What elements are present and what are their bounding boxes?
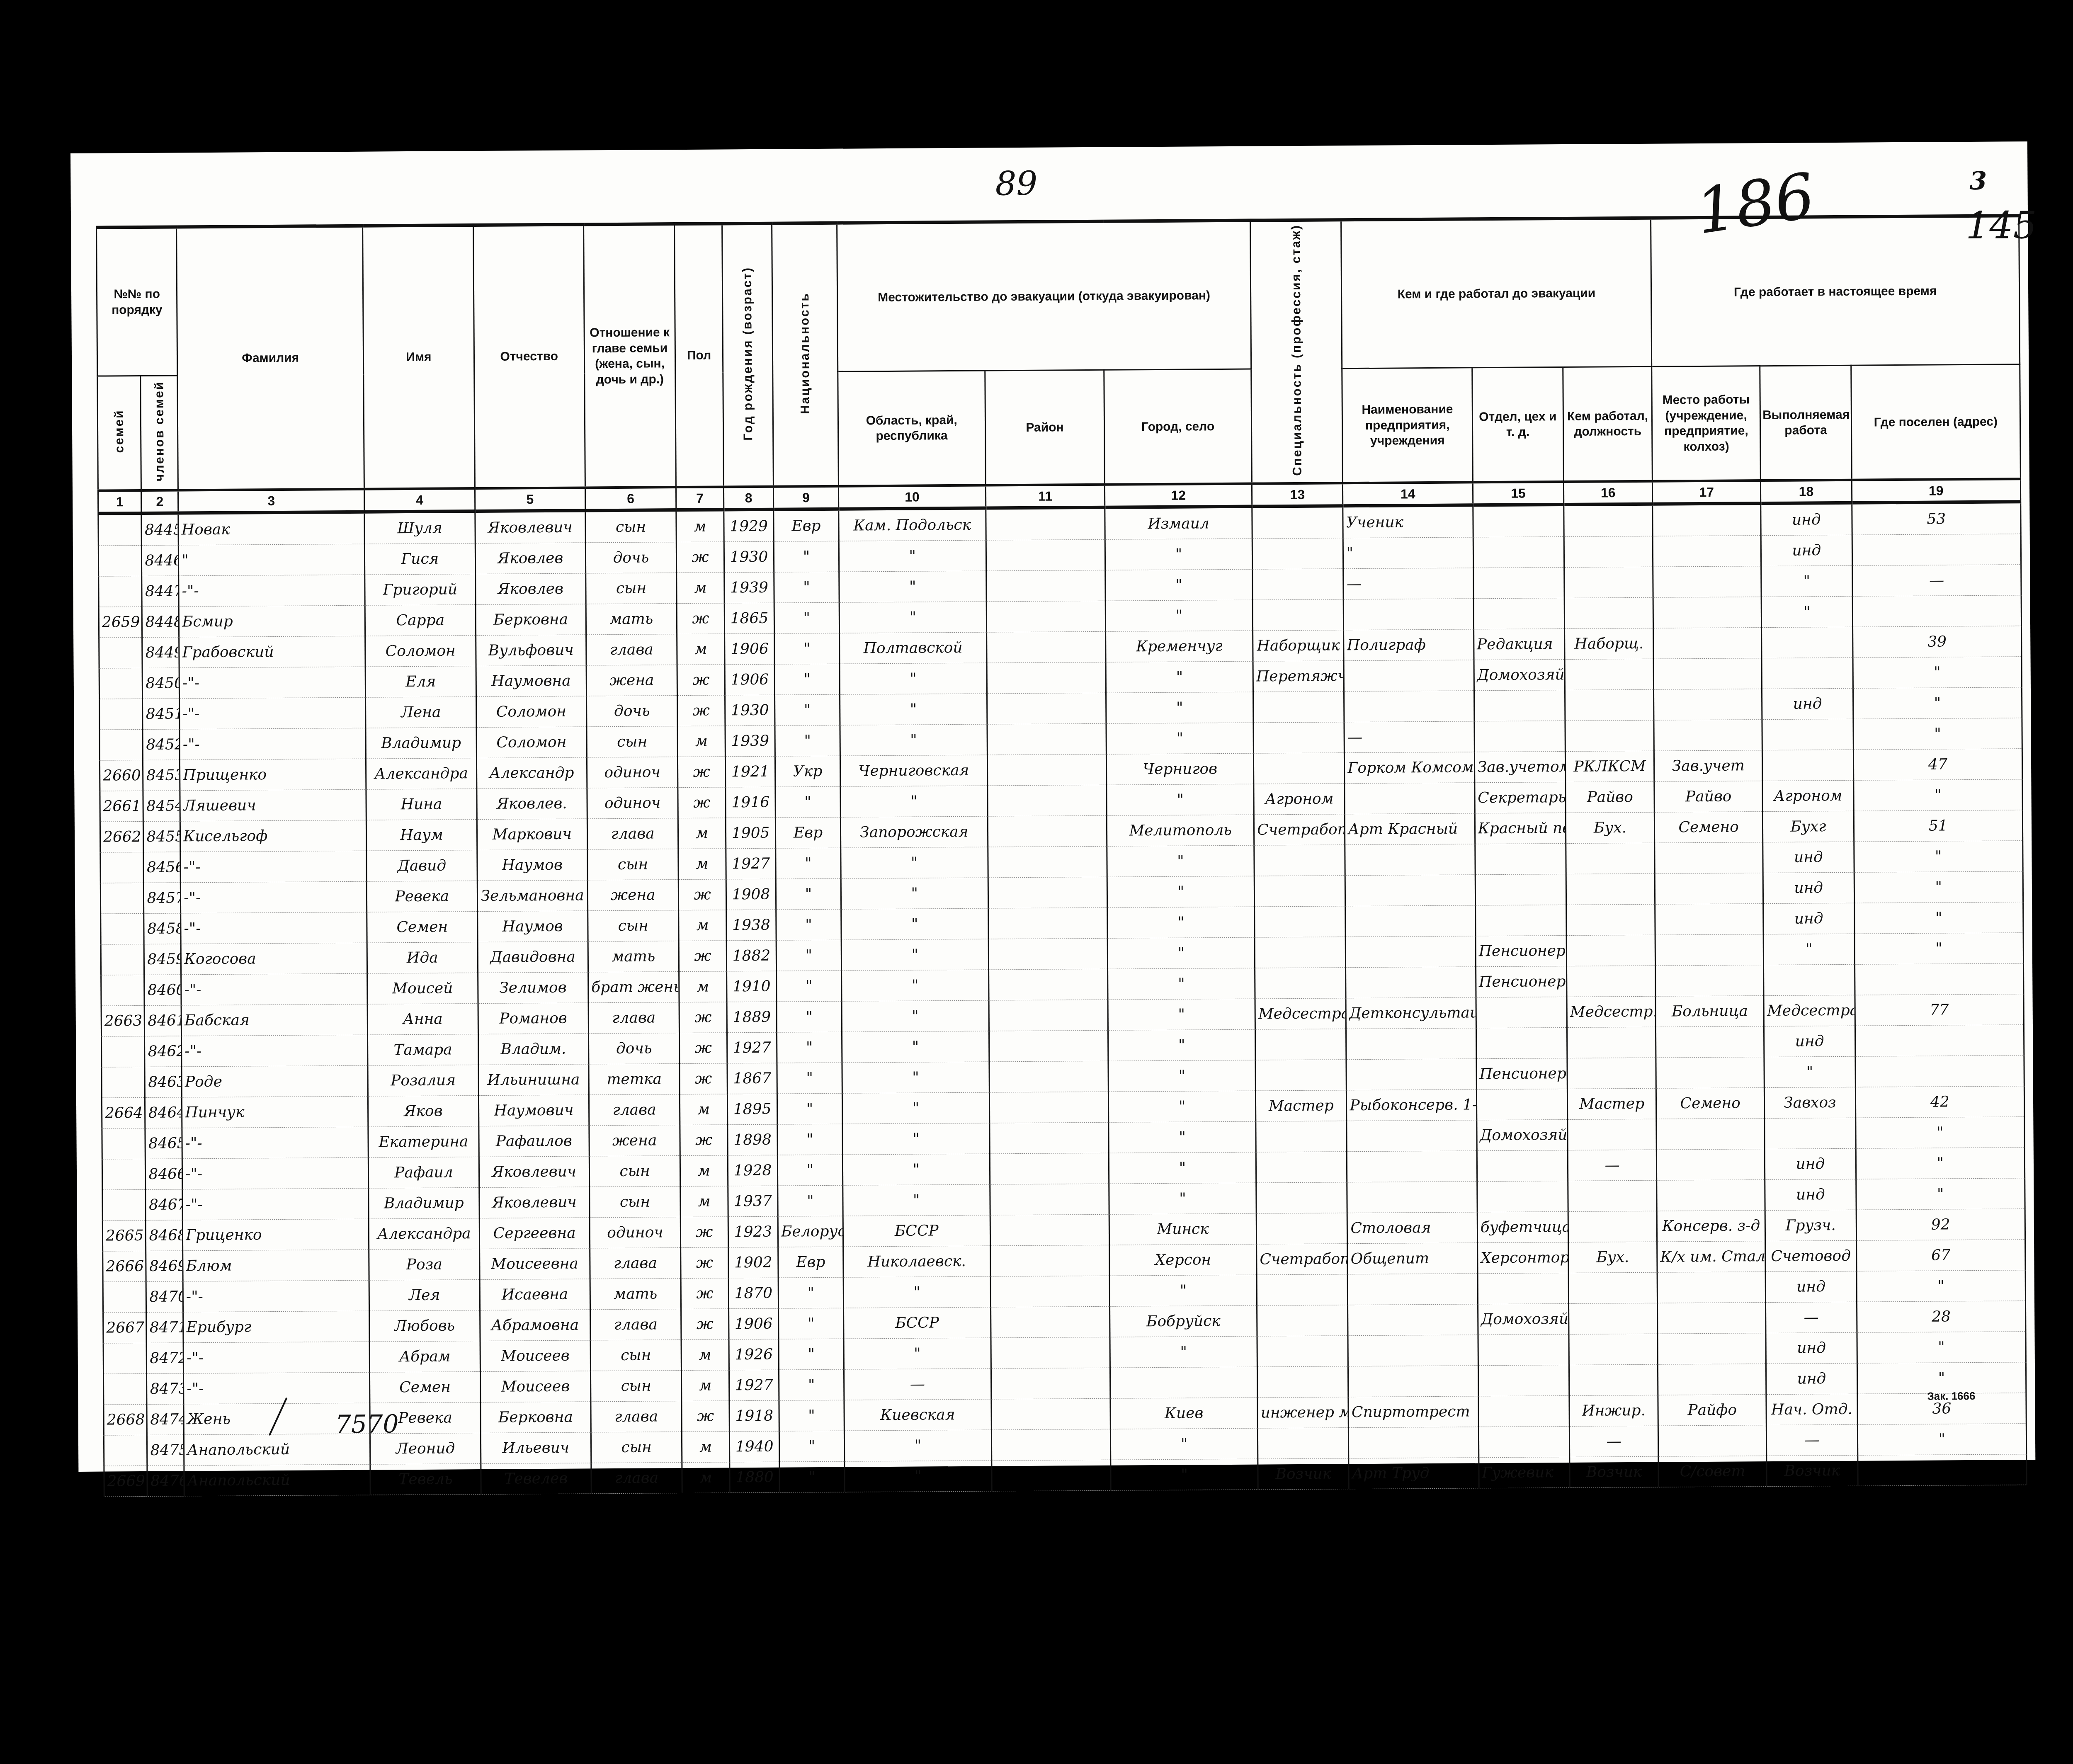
cell-department: Красный пв. xyxy=(1475,813,1566,844)
cell-family-number: 2669 xyxy=(104,1466,148,1497)
cell-current-workplace xyxy=(1656,1119,1765,1150)
cell-current-workplace xyxy=(1656,1149,1765,1181)
register-rows: 8445НовакШуляЯковлевичсынм1929ЕврКам. По… xyxy=(98,502,2027,1497)
cell-speciality xyxy=(1257,1366,1349,1398)
cell-district xyxy=(989,1000,1108,1031)
cell-sex: ж xyxy=(680,1125,728,1156)
cell-member-number: 8465 xyxy=(145,1128,182,1159)
cell-region: Кам. Подольск xyxy=(839,508,986,541)
cell-nationality: " xyxy=(778,1278,843,1309)
cell-surname: -"- xyxy=(179,667,366,699)
header-member-no: членов семей xyxy=(141,376,178,490)
cell-sex: ж xyxy=(680,1217,728,1248)
header-region: Область, край, республика xyxy=(838,371,986,487)
cell-department xyxy=(1473,537,1564,568)
cell-family-number xyxy=(102,1190,146,1221)
cell-speciality xyxy=(1254,876,1345,907)
cell-surname: -"- xyxy=(182,1035,368,1067)
cell-department xyxy=(1477,1150,1568,1182)
cell-birth-year: 1939 xyxy=(725,726,775,757)
cell-current-job: — xyxy=(1766,1302,1857,1333)
cell-speciality xyxy=(1255,968,1346,999)
header-speciality: Специальность (профессия, стаж) xyxy=(1250,220,1343,484)
cell-family-number: 2668 xyxy=(104,1405,147,1436)
cell-district xyxy=(991,1337,1110,1369)
cell-region: " xyxy=(840,786,988,817)
cell-city: Кременчуг xyxy=(1106,631,1253,662)
header-address: Где поселен (адрес) xyxy=(1851,364,2020,480)
cell-nationality: " xyxy=(776,879,841,910)
cell-speciality: Перетяжч. xyxy=(1253,661,1344,692)
cell-speciality xyxy=(1257,1305,1348,1336)
cell-relation: сын xyxy=(587,726,678,757)
cell-first-name: Владимир xyxy=(369,1188,479,1219)
cell-sex: м xyxy=(682,1432,730,1463)
cell-region: Киевская xyxy=(844,1399,992,1431)
cell-city: " xyxy=(1107,907,1255,939)
cell-sex: м xyxy=(679,910,726,941)
cell-relation: сын xyxy=(590,1371,682,1402)
cell-address: 53 xyxy=(1852,502,2021,535)
cell-patronymic: Яковлев. xyxy=(476,788,587,820)
cell-sex: м xyxy=(680,1186,728,1217)
cell-birth-year: 1902 xyxy=(728,1247,779,1279)
cell-member-number: 8456 xyxy=(143,852,180,883)
print-order-mark: Зак. 1666 xyxy=(1927,1390,1975,1403)
cell-region: " xyxy=(841,970,989,1001)
cell-position xyxy=(1567,1058,1656,1089)
col-num: 19 xyxy=(1852,479,2021,503)
cell-address: 92 xyxy=(1856,1209,2025,1240)
cell-first-name: Наум xyxy=(367,820,477,851)
cell-org-name: Спиртотрест xyxy=(1348,1396,1478,1428)
cell-relation: брат жены xyxy=(588,972,679,1003)
cell-current-job: " xyxy=(1761,597,1852,628)
cell-region: " xyxy=(842,1031,989,1063)
cell-district xyxy=(987,693,1106,725)
cell-speciality: Мастер xyxy=(1255,1090,1347,1121)
cell-family-number: 2664 xyxy=(102,1098,145,1129)
cell-speciality xyxy=(1255,1060,1347,1091)
cell-relation: сын xyxy=(590,1340,682,1371)
cell-current-job xyxy=(1762,627,1853,658)
cell-family-number: 2659 xyxy=(99,607,142,638)
cell-current-workplace xyxy=(1655,965,1764,997)
cell-position: Бух. xyxy=(1566,813,1655,844)
cell-family-number: 2663 xyxy=(101,1006,145,1037)
cell-current-job xyxy=(1762,719,1853,750)
cell-member-number: 8476 xyxy=(147,1466,184,1497)
cell-speciality xyxy=(1254,845,1345,876)
cell-first-name: Ида xyxy=(367,942,478,974)
cell-relation: глава xyxy=(588,1002,680,1034)
cell-member-number: 8464 xyxy=(145,1097,182,1128)
cell-org-name: Горком Комсомол xyxy=(1345,752,1475,784)
cell-address xyxy=(1852,595,2022,627)
cell-member-number: 8446 xyxy=(142,545,179,576)
cell-current-workplace xyxy=(1655,934,1764,966)
cell-speciality xyxy=(1257,1428,1349,1459)
cell-address: 51 xyxy=(1854,810,2023,842)
cell-sex: м xyxy=(676,510,724,542)
cell-region: " xyxy=(842,1062,990,1093)
cell-current-workplace: Райво xyxy=(1654,781,1763,813)
cell-region: " xyxy=(840,694,987,725)
cell-speciality xyxy=(1252,506,1343,539)
header-residence-group: Местожительство до эвакуации (откуда эва… xyxy=(837,221,1251,372)
cell-relation: дочь xyxy=(586,696,677,727)
cell-address: 42 xyxy=(1855,1086,2024,1118)
cell-region: — xyxy=(844,1368,991,1400)
cell-region: " xyxy=(845,1461,992,1492)
cell-speciality: Агроном xyxy=(1254,784,1345,815)
cell-member-number: 8468 xyxy=(146,1220,183,1251)
cell-position xyxy=(1568,1273,1658,1304)
cell-city: " xyxy=(1109,1122,1256,1153)
cell-department: Пенсионерка xyxy=(1476,1058,1568,1089)
cell-birth-year: 1923 xyxy=(728,1217,778,1248)
cell-member-number: 8455 xyxy=(143,821,180,852)
cell-org-name xyxy=(1349,1427,1479,1458)
cell-department xyxy=(1478,1273,1569,1304)
cell-member-number: 8451 xyxy=(143,699,180,730)
cell-city: " xyxy=(1105,600,1253,632)
cell-sex: м xyxy=(678,849,726,880)
cell-region: " xyxy=(844,1338,991,1369)
cell-current-job: инд xyxy=(1766,1333,1857,1364)
cell-nationality: " xyxy=(774,603,839,634)
cell-patronymic: Яковлевич xyxy=(479,1156,590,1188)
cell-sex: ж xyxy=(679,941,726,972)
cell-district xyxy=(989,1092,1109,1123)
cell-birth-year: 1918 xyxy=(729,1401,779,1432)
header-district: Район xyxy=(985,370,1105,485)
cell-speciality xyxy=(1257,1336,1348,1367)
cell-current-workplace: Семено xyxy=(1656,1088,1765,1119)
cell-birth-year: 1939 xyxy=(724,573,774,604)
cell-address xyxy=(1852,534,2021,565)
cell-family-number: 2667 xyxy=(103,1313,147,1344)
header-work-before-group: Кем и где работал до эвакуации xyxy=(1341,218,1652,369)
cell-member-number: 8453 xyxy=(143,760,180,791)
cell-nationality: " xyxy=(777,1032,842,1063)
cell-relation: сын xyxy=(591,1432,682,1463)
cell-current-job: инд xyxy=(1765,1179,1856,1211)
cell-current-job: Агроном xyxy=(1762,781,1854,812)
cell-nationality: " xyxy=(779,1308,844,1339)
cell-city: " xyxy=(1108,968,1255,1000)
cell-district xyxy=(989,1061,1109,1093)
cell-current-job xyxy=(1764,965,1855,996)
cell-member-number: 8467 xyxy=(146,1189,182,1220)
cell-surname: -"- xyxy=(180,698,366,730)
cell-district xyxy=(990,1123,1109,1154)
cell-current-workplace: С/совет xyxy=(1658,1456,1767,1487)
cell-family-number xyxy=(103,1282,146,1313)
cell-department xyxy=(1475,844,1566,875)
cell-district xyxy=(990,1215,1109,1246)
cell-city: " xyxy=(1110,1337,1257,1368)
cell-current-workplace xyxy=(1654,720,1762,751)
col-num: 7 xyxy=(676,487,724,510)
cell-birth-year: 1927 xyxy=(726,849,776,880)
cell-department: буфетчица xyxy=(1477,1212,1568,1243)
cell-current-job: Нач. Отд. xyxy=(1766,1394,1857,1425)
cell-first-name: Любовь xyxy=(369,1310,480,1342)
col-num: 10 xyxy=(838,485,986,509)
cell-family-number xyxy=(99,638,143,669)
cell-current-workplace xyxy=(1658,1333,1766,1365)
cell-position: — xyxy=(1569,1426,1658,1457)
cell-department: Домохозяйка xyxy=(1477,1120,1568,1151)
cell-current-workplace xyxy=(1655,842,1763,874)
cell-region: " xyxy=(841,908,988,940)
header-surname: Фамилия xyxy=(177,226,364,490)
cell-department: Пенсионер xyxy=(1476,966,1567,997)
cell-position xyxy=(1569,1334,1658,1365)
cell-district xyxy=(988,847,1107,878)
col-num: 9 xyxy=(774,486,839,510)
cell-member-number: 8463 xyxy=(145,1067,182,1098)
cell-birth-year: 1938 xyxy=(726,910,777,941)
cell-current-workplace xyxy=(1655,873,1763,905)
cell-nationality: " xyxy=(778,1186,843,1217)
cell-district xyxy=(990,1245,1109,1277)
header-order-numbers: №№ по порядку xyxy=(97,227,177,376)
cell-surname: -"- xyxy=(184,1373,370,1405)
col-num: 18 xyxy=(1761,480,1852,503)
cell-speciality xyxy=(1253,692,1345,723)
cell-nationality: " xyxy=(776,940,841,971)
cell-first-name: Семен xyxy=(370,1372,481,1403)
cell-patronymic: Соломон xyxy=(476,696,587,728)
cell-department: Домохозяйка xyxy=(1474,660,1565,691)
cell-district xyxy=(987,724,1107,755)
cell-current-job: " xyxy=(1764,1057,1855,1088)
cell-district xyxy=(986,507,1105,540)
cell-current-workplace xyxy=(1657,1180,1765,1211)
cell-nationality: " xyxy=(777,971,842,1002)
cell-surname: -"- xyxy=(181,912,367,944)
cell-first-name: Моисей xyxy=(367,973,478,1005)
cell-first-name: Яков xyxy=(368,1096,479,1127)
cell-city: Минск xyxy=(1109,1214,1257,1245)
cell-sex: м xyxy=(679,971,727,1002)
cell-city: " xyxy=(1107,784,1254,816)
cell-position: Инжир. xyxy=(1569,1395,1658,1427)
cell-relation: одиноч xyxy=(587,788,678,819)
cell-relation: сын xyxy=(586,573,677,604)
cell-nationality: " xyxy=(777,1002,842,1033)
cell-sex: ж xyxy=(677,695,725,726)
cell-address: " xyxy=(1856,1148,2025,1179)
cell-family-number: 2666 xyxy=(103,1251,146,1282)
cell-district xyxy=(988,877,1107,909)
cell-patronymic: Тевелев xyxy=(481,1463,591,1495)
cell-patronymic: Вульфович xyxy=(476,635,586,666)
cell-current-workplace xyxy=(1654,689,1762,721)
cell-city: Херсон xyxy=(1109,1245,1257,1276)
cell-org-name: — xyxy=(1343,568,1473,599)
col-num: 16 xyxy=(1563,481,1652,505)
cell-region: Николаевск. xyxy=(843,1246,990,1277)
cell-district xyxy=(990,1307,1110,1338)
cell-city: " xyxy=(1107,846,1255,877)
cell-address: " xyxy=(1857,1332,2026,1363)
cell-nationality: Евр xyxy=(774,509,839,541)
cell-nationality: Белорус xyxy=(778,1216,843,1247)
cell-family-number xyxy=(101,914,144,945)
cell-birth-year: 1910 xyxy=(727,971,777,1002)
header-name: Имя xyxy=(363,225,475,489)
cell-surname: Прищенко xyxy=(180,759,367,791)
cell-city: " xyxy=(1108,999,1255,1031)
cell-department xyxy=(1478,1427,1570,1458)
cell-city: Бобруйск xyxy=(1110,1306,1257,1337)
col-num: 14 xyxy=(1343,483,1473,506)
cell-nationality: " xyxy=(776,848,841,879)
cell-position xyxy=(1568,1211,1657,1242)
cell-birth-year: 1929 xyxy=(724,510,774,542)
cell-member-number: 8460 xyxy=(144,975,181,1006)
cell-nationality: " xyxy=(779,1339,844,1370)
cell-address: 47 xyxy=(1853,749,2022,780)
cell-position xyxy=(1565,690,1654,721)
cell-org-name xyxy=(1344,599,1474,630)
cell-speciality xyxy=(1253,599,1344,631)
cell-region: Черниговская xyxy=(840,755,988,786)
cell-family-number xyxy=(101,975,145,1006)
cell-first-name: Роза xyxy=(369,1249,480,1281)
cell-surname: Бабская xyxy=(181,1005,368,1036)
cell-nationality: " xyxy=(774,633,840,665)
cell-org-name: Детконсультация xyxy=(1346,997,1476,1029)
cell-speciality: инженер механик xyxy=(1257,1397,1349,1428)
cell-current-job: инд xyxy=(1765,1149,1856,1180)
cell-relation: мать xyxy=(590,1279,681,1310)
cell-org-name: Арт Труд xyxy=(1349,1458,1479,1489)
cell-speciality xyxy=(1255,937,1346,968)
cell-relation: сын xyxy=(589,1156,680,1187)
cell-member-number: 8474 xyxy=(147,1404,184,1435)
cell-family-number: 2661 xyxy=(100,791,143,822)
cell-family-number xyxy=(98,546,142,577)
cell-nationality: " xyxy=(779,1431,844,1462)
cell-current-job: Завхоз xyxy=(1765,1087,1856,1119)
cell-city: " xyxy=(1106,692,1254,724)
cell-position: — xyxy=(1568,1150,1657,1181)
cell-sex: ж xyxy=(681,1278,728,1309)
cell-family-number xyxy=(104,1435,147,1466)
cell-position xyxy=(1566,843,1655,874)
cell-surname: " xyxy=(178,544,365,576)
cell-current-job xyxy=(1762,750,1854,781)
cell-department xyxy=(1477,1181,1568,1212)
cell-nationality: " xyxy=(775,787,840,818)
cell-surname: Ерибург xyxy=(183,1311,370,1343)
cell-first-name: Лея xyxy=(369,1280,480,1311)
header-patronymic: Отчество xyxy=(473,224,585,488)
cell-sex: м xyxy=(678,818,726,849)
cell-region: Запорожская xyxy=(840,816,988,848)
cell-city: " xyxy=(1108,1030,1256,1061)
cell-org-name: Арт Красный xyxy=(1345,813,1475,845)
cell-family-number xyxy=(101,944,144,975)
cell-family-number xyxy=(100,852,144,883)
cell-member-number: 8454 xyxy=(143,791,180,822)
cell-sex: м xyxy=(682,1462,730,1493)
cell-first-name: Анна xyxy=(367,1004,478,1035)
cell-address: " xyxy=(1854,871,2023,903)
cell-position: Бух. xyxy=(1568,1242,1658,1273)
cell-patronymic: Исаевна xyxy=(480,1279,590,1310)
cell-position xyxy=(1565,721,1654,752)
col-num: 8 xyxy=(723,487,773,510)
cell-member-number: 8458 xyxy=(144,913,181,944)
cell-family-number xyxy=(102,1036,145,1068)
cell-city xyxy=(1110,1367,1257,1399)
header-nationality: Национальность xyxy=(772,223,839,487)
cell-relation: тетка xyxy=(589,1064,680,1095)
cell-region: " xyxy=(843,1184,990,1216)
cell-birth-year: 1927 xyxy=(729,1370,779,1401)
cell-speciality: Счетработ xyxy=(1257,1244,1348,1275)
cell-patronymic: Наумович xyxy=(478,1095,589,1126)
cell-city: " xyxy=(1106,662,1253,693)
cell-relation: глава xyxy=(590,1248,681,1279)
cell-nationality: Евр xyxy=(778,1247,843,1278)
cell-surname: Новак xyxy=(178,512,365,545)
cell-family-number: 2665 xyxy=(102,1220,146,1252)
cell-family-number: 2662 xyxy=(100,822,143,853)
cell-member-number: 8472 xyxy=(146,1343,183,1374)
cell-first-name: Григорий xyxy=(365,574,476,606)
cell-sex: м xyxy=(680,1094,728,1125)
cell-current-job: " xyxy=(1763,934,1855,965)
cell-first-name: Розалия xyxy=(368,1065,478,1097)
cell-current-job: инд xyxy=(1763,903,1855,934)
cell-surname: Пинчук xyxy=(182,1097,369,1128)
cell-surname: Грабовский xyxy=(179,636,366,668)
col-num: 11 xyxy=(986,485,1105,508)
cell-district xyxy=(989,1031,1108,1062)
cell-district xyxy=(990,1153,1109,1185)
cell-district xyxy=(992,1460,1111,1492)
cell-patronymic: Ильевич xyxy=(481,1432,591,1464)
cell-current-job: Медсестра xyxy=(1764,995,1855,1026)
cell-relation: жена xyxy=(587,880,679,911)
cell-position xyxy=(1568,1119,1657,1150)
cell-speciality xyxy=(1256,1152,1347,1183)
cell-surname: Кисельгоф xyxy=(180,820,367,852)
cell-family-number xyxy=(100,699,143,730)
cell-department xyxy=(1474,721,1566,752)
cell-org-name xyxy=(1348,1366,1478,1397)
cell-address: " xyxy=(1855,1117,2024,1148)
cell-surname: -"- xyxy=(180,728,366,760)
cell-first-name: Александра xyxy=(369,1218,479,1250)
cell-nationality: " xyxy=(774,664,840,695)
col-num: 15 xyxy=(1473,482,1564,505)
cell-family-number xyxy=(99,576,142,607)
cell-patronymic: Зельмановна xyxy=(477,880,588,912)
cell-patronymic: Маркович xyxy=(477,819,587,850)
header-family-no: семей xyxy=(97,376,141,491)
cell-district xyxy=(990,1184,1109,1216)
cell-department xyxy=(1473,598,1565,629)
cell-sex: м xyxy=(680,1155,728,1187)
cell-member-number: 8457 xyxy=(144,883,181,914)
